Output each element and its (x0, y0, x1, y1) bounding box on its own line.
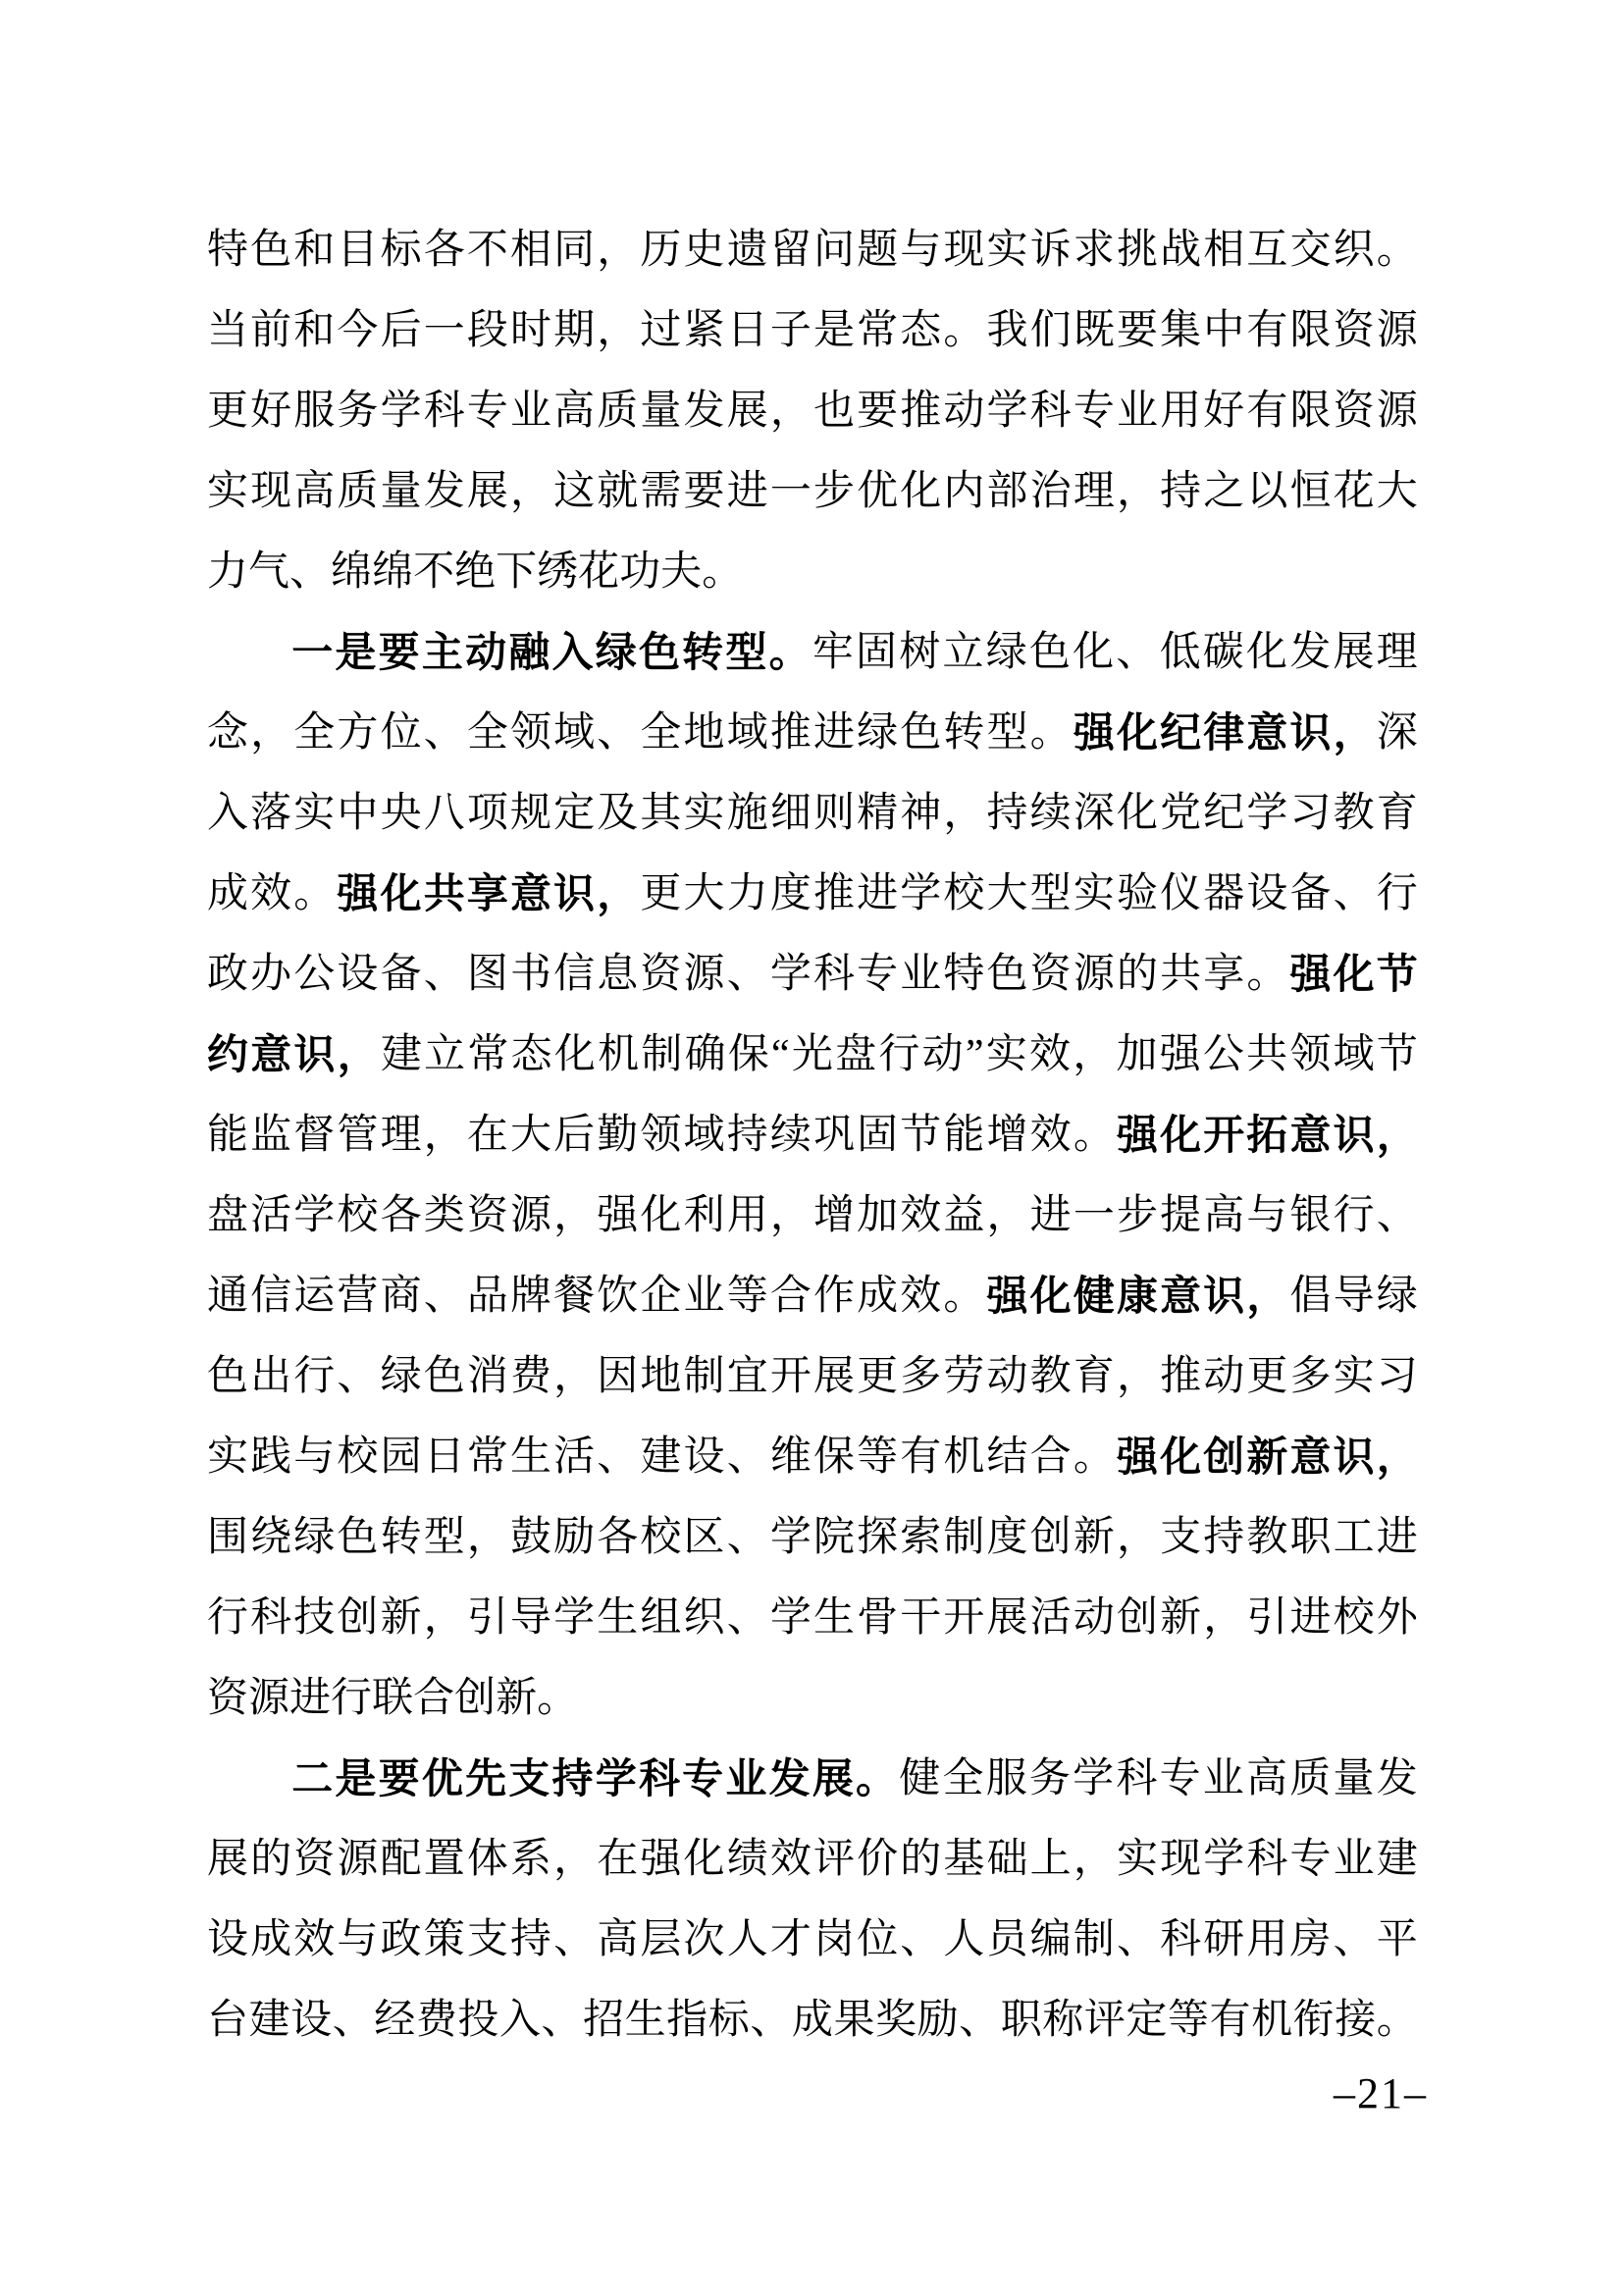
char: 强 (597, 1195, 638, 1236)
char: 生 (813, 1597, 855, 1639)
char: 进 (857, 873, 898, 914)
char: 精 (857, 793, 898, 834)
char: 及 (597, 793, 638, 834)
char: 效 (900, 1195, 941, 1236)
char: 、 (900, 1919, 941, 1960)
char: 大 (987, 873, 1028, 914)
char: 益 (943, 1195, 984, 1236)
text-line: 实践与校园日常生活、建设、维保等有机结合。强化创新意识， (207, 1417, 1418, 1497)
char: 内 (943, 471, 984, 512)
char: 因 (597, 1356, 638, 1397)
char: 专 (1074, 391, 1115, 432)
char: 量 (640, 391, 681, 432)
char: 深 (1074, 793, 1115, 834)
char: 各 (597, 1517, 638, 1558)
char: ， (597, 310, 638, 351)
char: 享 (1203, 954, 1244, 995)
char: 现 (943, 230, 984, 271)
char: 督 (293, 1115, 335, 1156)
char: 更 (857, 1356, 898, 1397)
char: 专 (857, 954, 898, 995)
char: 实 (207, 1436, 248, 1478)
char: 设 (337, 954, 378, 995)
bold-char: 先 (465, 1758, 506, 1800)
char: 推 (770, 712, 812, 754)
char: 活 (250, 1195, 291, 1236)
char: 等 (727, 1276, 768, 1317)
char: 历 (640, 230, 681, 271)
char: 行 (293, 1356, 335, 1397)
char: 中 (337, 793, 378, 834)
char: 持 (1203, 1517, 1244, 1558)
char: 度 (987, 1517, 1028, 1558)
text-line: 通信运营商、品牌餐饮企业等合作成效。强化健康意识，倡导绿 (207, 1256, 1418, 1336)
char: 党 (1160, 793, 1201, 834)
char: 史 (684, 230, 725, 271)
char: 一 (1074, 1195, 1115, 1236)
char: 联 (372, 1678, 413, 1719)
char: 上 (1030, 1839, 1072, 1880)
char: 资 (1334, 391, 1375, 432)
char: 与 (337, 1919, 378, 1960)
char: ， (1117, 1517, 1158, 1558)
char: “ (771, 1034, 790, 1075)
char: 绿 (1377, 1276, 1418, 1317)
char: 、 (727, 1436, 768, 1478)
bold-char: 绿 (596, 632, 637, 673)
char: 纪 (1203, 793, 1244, 834)
char: 增 (987, 1115, 1028, 1156)
char: 们 (1030, 310, 1072, 351)
text-line: 色出行、绿色消费，因地制宜开展更多劳动教育，推动更多实习 (207, 1336, 1418, 1417)
char: 专 (1290, 1839, 1332, 1880)
char: 、 (333, 2000, 374, 2041)
char: 、 (1116, 632, 1157, 673)
char: 挑 (1117, 230, 1158, 271)
char: 商 (381, 1276, 422, 1317)
char: 绕 (250, 1517, 291, 1558)
char: 机 (943, 1436, 984, 1478)
char: 干 (900, 1597, 941, 1639)
char: 领 (1289, 1034, 1331, 1075)
char: 。 (1377, 2000, 1418, 2041)
char: 步 (1117, 1195, 1158, 1236)
char: 碳 (1203, 632, 1244, 673)
char: 治 (1030, 471, 1072, 512)
char: 习 (1377, 1356, 1418, 1397)
bold-char: 支 (508, 1758, 550, 1800)
char: 展 (813, 1356, 855, 1397)
char: 展 (987, 1597, 1028, 1639)
char: 大 (684, 873, 725, 914)
char: 与 (1246, 1195, 1287, 1236)
bold-char: 创 (1203, 1436, 1244, 1478)
char: 层 (640, 1919, 681, 1960)
char: 持 (727, 1115, 768, 1156)
char: 质 (337, 471, 378, 512)
char: 问 (813, 230, 855, 271)
char: 业 (1334, 1839, 1375, 1880)
char: 不 (413, 551, 454, 593)
text-line: 一是要主动融入绿色转型。牢固树立绿色化、低碳化发展理 (207, 612, 1418, 693)
char: 、 (1377, 1195, 1418, 1236)
char: 巩 (813, 1115, 855, 1156)
char: 绿 (381, 1356, 422, 1397)
char: 行 (878, 1034, 919, 1075)
char: 定 (553, 793, 595, 834)
char: 动 (987, 1356, 1028, 1397)
char: 。 (702, 551, 743, 593)
char: 立 (942, 632, 983, 673)
char: 效 (1029, 1034, 1071, 1075)
char: 有 (1210, 2000, 1251, 2041)
char: ， (987, 1195, 1028, 1236)
char: 新 (381, 1597, 422, 1639)
char: 称 (1042, 2000, 1083, 2041)
char: 成 (250, 1919, 291, 1960)
char: 集 (1160, 310, 1201, 351)
char: ， (467, 1517, 508, 1558)
char: 态 (900, 310, 941, 351)
char: 绵 (331, 551, 372, 593)
char: 奖 (875, 2000, 917, 2041)
char: 实 (1334, 1356, 1375, 1397)
char: 管 (337, 1115, 378, 1156)
char: 源 (684, 954, 725, 995)
char: 固 (856, 632, 897, 673)
char: 特 (943, 954, 984, 995)
bold-char: 。 (856, 1758, 897, 1800)
char: 一 (770, 471, 812, 512)
char: 勤 (597, 1115, 638, 1156)
char: 外 (1377, 1597, 1418, 1639)
char: 大 (510, 1115, 551, 1156)
char: 态 (511, 1034, 552, 1075)
char: 今 (337, 310, 378, 351)
char: 、 (597, 1436, 638, 1478)
bold-char: 化 (381, 873, 422, 914)
char: 员 (987, 1919, 1028, 1960)
char: 全 (640, 712, 681, 754)
char: 合 (1030, 1436, 1072, 1478)
char: 全 (467, 712, 508, 754)
char: 型 (987, 712, 1028, 754)
char: 建 (249, 2000, 290, 2041)
char: 办 (250, 954, 291, 995)
paragraph-indent (207, 652, 289, 653)
char: 盘 (835, 1034, 876, 1075)
char: 学 (770, 954, 812, 995)
char: 源 (1377, 310, 1418, 351)
char: 盘 (207, 1195, 248, 1236)
char: 能 (207, 1115, 248, 1156)
char: 域 (1334, 1034, 1375, 1075)
char: 地 (684, 712, 725, 754)
char: 色 (987, 954, 1028, 995)
char: 化 (1073, 632, 1114, 673)
char: 段 (467, 310, 508, 351)
bold-char: 开 (1203, 1115, 1244, 1156)
bold-char: 意 (250, 1034, 291, 1075)
char: 、 (542, 2000, 583, 2041)
bold-char: ， (1246, 1276, 1287, 1317)
char: 机 (598, 1034, 639, 1075)
char: 鼓 (510, 1517, 551, 1558)
bold-char: 。 (769, 632, 811, 673)
bold-char: 融 (508, 632, 550, 673)
char: 引 (467, 1597, 508, 1639)
bold-char: 强 (337, 873, 378, 914)
char: ， (553, 1356, 595, 1397)
char: 务 (337, 391, 378, 432)
char: 设 (290, 2000, 332, 2041)
char: 花 (1334, 471, 1375, 512)
char: 制 (1074, 1919, 1115, 1960)
char: 源 (1377, 391, 1418, 432)
char: 出 (250, 1356, 291, 1397)
char: 行 (1334, 1195, 1375, 1236)
char: 常 (467, 1436, 508, 1478)
text-line: 入落实中央八项规定及其实施细则精神，持续深化党纪学习教育 (207, 773, 1418, 854)
char: 常 (467, 1034, 508, 1075)
char: 限 (1290, 310, 1332, 351)
char: 全 (293, 712, 335, 754)
text-line: 行科技创新，引导学生组织、学生骨干开展活动创新，引进校外 (207, 1578, 1418, 1658)
char: 职 (1001, 2000, 1042, 2041)
bold-char: 入 (552, 632, 594, 673)
char: 骨 (857, 1597, 898, 1639)
char: 饮 (597, 1276, 638, 1317)
char: 高 (1246, 1758, 1287, 1800)
char: 岗 (813, 1919, 855, 1960)
bold-char: 化 (1117, 712, 1158, 754)
char: 树 (899, 632, 940, 673)
char: 公 (293, 954, 335, 995)
char: 色 (1029, 632, 1071, 673)
char: 确 (685, 1034, 726, 1075)
char: 战 (1160, 230, 1201, 271)
char: 区 (684, 1517, 725, 1558)
char: 夫 (660, 551, 702, 593)
char: 生 (510, 1436, 551, 1478)
bold-char: 展 (812, 1758, 854, 1800)
char: 色 (337, 1517, 378, 1558)
char: 成 (207, 873, 248, 914)
char: 基 (943, 1839, 984, 1880)
char: 化 (640, 1195, 681, 1236)
char: 牢 (812, 632, 854, 673)
char: 校 (943, 873, 984, 914)
char: 标 (708, 2000, 750, 2041)
paragraph-indent (207, 1779, 289, 1780)
bold-char: 意 (1290, 1436, 1332, 1478)
text-line: 设成效与政策支持、高层次人才岗位、人员编制、科研用房、平 (207, 1900, 1418, 1980)
char: 型 (424, 1517, 465, 1558)
char: 设 (1246, 873, 1287, 914)
char: 。 (943, 310, 984, 351)
char: 域 (684, 1115, 725, 1156)
char: 恒 (1290, 471, 1332, 512)
char: 与 (900, 230, 941, 271)
char: ， (597, 230, 638, 271)
char: 有 (1246, 310, 1287, 351)
text-line: 二是要优先支持学科专业发展。健全服务学科专业高质量发 (207, 1739, 1418, 1819)
char: 等 (857, 1436, 898, 1478)
char: 营 (337, 1276, 378, 1317)
char: 大 (1377, 471, 1418, 512)
char: 动 (1074, 1597, 1115, 1639)
bold-char: 识 (1334, 1436, 1375, 1478)
char: 更 (640, 873, 681, 914)
char: 在 (597, 1839, 638, 1880)
bold-char: 发 (769, 1758, 811, 1800)
char: 生 (597, 1597, 638, 1639)
char: 宜 (727, 1356, 768, 1397)
char: 能 (943, 1115, 984, 1156)
char: 领 (640, 1115, 681, 1156)
char: 校 (337, 1436, 378, 1478)
char: ， (1074, 1839, 1115, 1880)
char: 效 (250, 873, 291, 914)
bold-char: 动 (465, 632, 506, 673)
text-line: 能监督管理，在大后勤领域持续巩固节能增效。强化开拓意识， (207, 1095, 1418, 1175)
char: 校 (1334, 1597, 1375, 1639)
char: 有 (900, 1436, 941, 1478)
char: 。 (1030, 712, 1072, 754)
char: 效 (770, 1839, 812, 1880)
char: 新 (1160, 1597, 1201, 1639)
char: 专 (1160, 1758, 1201, 1800)
char: 量 (1333, 1758, 1374, 1800)
bold-char: 意 (1246, 712, 1287, 754)
bold-char: 色 (639, 632, 680, 673)
char: 加 (857, 1195, 898, 1236)
char: ， (770, 1195, 812, 1236)
char: 质 (597, 391, 638, 432)
char: 中 (1203, 310, 1244, 351)
char: 展 (207, 1839, 248, 1880)
char: ， (510, 471, 551, 512)
char: 制 (684, 1356, 725, 1397)
bold-char: 识 (553, 873, 595, 914)
char: 节 (1377, 1034, 1418, 1075)
char: ， (424, 1597, 465, 1639)
char: 价 (857, 1839, 898, 1880)
char: 色 (424, 1356, 465, 1397)
char: 建 (1377, 1839, 1418, 1880)
bold-char: 化 (1030, 1276, 1072, 1317)
char: ， (1203, 1597, 1244, 1639)
char: 、 (1117, 1919, 1158, 1960)
char: 。 (1377, 230, 1418, 271)
char: 其 (640, 793, 681, 834)
bold-char: 新 (1246, 1436, 1287, 1478)
char: 同 (553, 230, 595, 271)
char: 绣 (537, 551, 578, 593)
char: 等 (1168, 2000, 1209, 2041)
char: 效 (293, 1919, 335, 1960)
bold-char: 持 (552, 1758, 594, 1800)
bold-char: 意 (510, 873, 551, 914)
char: 之 (1203, 471, 1244, 512)
char: 配 (381, 1839, 422, 1880)
char: 合 (413, 1678, 454, 1719)
bold-char: 化 (1160, 1436, 1201, 1478)
char: 色 (207, 1356, 248, 1397)
char: 学 (1246, 793, 1287, 834)
char: 高 (553, 391, 595, 432)
char: 果 (833, 2000, 874, 2041)
char: 器 (1203, 873, 1244, 914)
char: 行 (1377, 873, 1418, 914)
bold-char: 强 (1290, 954, 1332, 995)
char: 进 (813, 712, 855, 754)
char: 型 (1030, 873, 1072, 914)
char: 资 (207, 1678, 248, 1719)
bold-char: 主 (422, 632, 463, 673)
char: 光 (792, 1034, 833, 1075)
char: 展 (467, 471, 508, 512)
char: 作 (813, 1276, 855, 1317)
char: 院 (813, 1517, 855, 1558)
char: 学 (381, 391, 422, 432)
bold-char: 化 (1160, 1115, 1201, 1156)
char: 互 (1246, 230, 1287, 271)
char: 业 (510, 391, 551, 432)
char: 强 (640, 1839, 681, 1880)
char: 平 (1377, 1919, 1418, 1960)
char: 创 (1030, 1517, 1072, 1558)
char: 科 (1030, 391, 1072, 432)
char: 持 (510, 1919, 551, 1960)
bold-char: 一 (291, 632, 333, 673)
char: 学 (553, 1597, 595, 1639)
char: 房 (1290, 1919, 1332, 1960)
bold-char: 业 (725, 1758, 766, 1800)
char: 域 (727, 712, 768, 754)
char: 劳 (943, 1356, 984, 1397)
bold-char: 强 (1117, 1436, 1158, 1478)
char: 、 (750, 2000, 791, 2041)
char: 化 (554, 1034, 596, 1075)
bold-char: 纪 (1160, 712, 1201, 754)
char: 发 (424, 471, 465, 512)
char: 就 (597, 471, 638, 512)
char: 资 (467, 1195, 508, 1236)
char: ， (943, 793, 984, 834)
char: 发 (684, 391, 725, 432)
char: 子 (770, 310, 812, 351)
char: 我 (987, 310, 1028, 351)
char: 开 (943, 1597, 984, 1639)
char: 生 (625, 2000, 666, 2041)
char: 高 (293, 471, 335, 512)
text-line: 更好服务学科专业高质量发展，也要推动学科专业用好有限资源 (207, 371, 1418, 451)
char: 合 (770, 1276, 812, 1317)
char: 花 (578, 551, 619, 593)
text-line: 围绕绿色转型，鼓励各校区、学院探索制度创新，支持教职工进 (207, 1497, 1418, 1578)
char: 行 (207, 1597, 248, 1639)
char: 科 (1246, 1839, 1287, 1880)
char: 政 (381, 1919, 422, 1960)
char: 全 (942, 1758, 983, 1800)
char: 提 (1160, 1195, 1201, 1236)
char: 求 (1074, 230, 1115, 271)
char: 探 (857, 1517, 898, 1558)
char: 源 (1074, 954, 1115, 995)
char: 化 (1246, 632, 1287, 673)
char: 入 (499, 2000, 541, 2041)
